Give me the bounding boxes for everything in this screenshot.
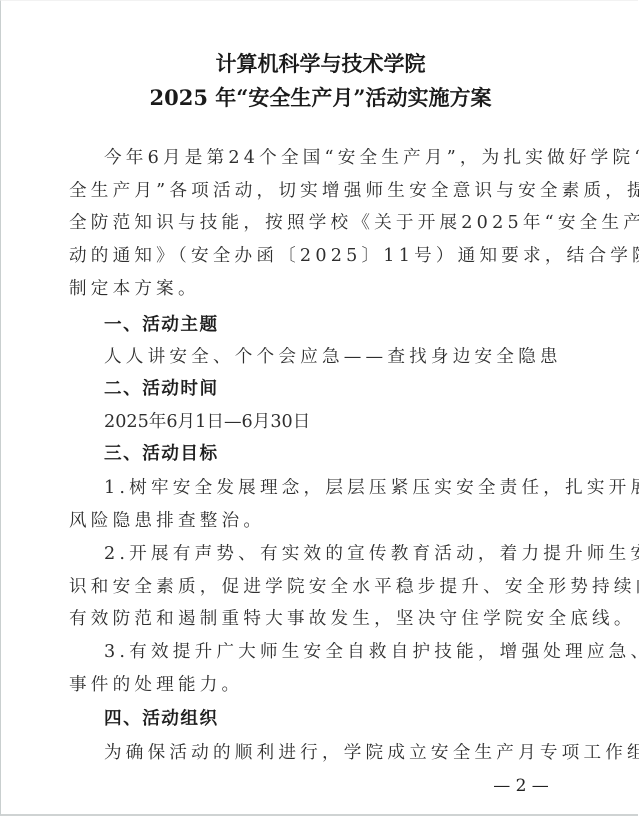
section-heading-time: 二、活动时间 [104, 377, 219, 401]
section-heading-theme: 一、活动主题 [104, 313, 219, 337]
section-organization-content: 为确保活动的顺利进行，学院成立安全生产月专项工作组：， [104, 741, 565, 765]
intro-line-5: 制定本方案。 [69, 277, 565, 301]
goal-2-line-2: 识和安全素质，促进学院安全水平稳步提升、安全形势持续向好， [69, 575, 565, 599]
goal-2-line-3: 有效防范和遏制重特大事故发生，坚决守住学院安全底线。 [69, 607, 565, 631]
intro-line-3: 全防范知识与技能，按照学校《关于开展2025年“安全生产月”活 [69, 211, 565, 235]
section-time-content: 2025年6月1日—6月30日 [104, 410, 565, 434]
intro-line-2: 全生产月”各项活动，切实增强师生安全意识与安全素质，提高安 [69, 179, 565, 203]
goal-3-line-1: 3.有效提升广大师生安全自救自护技能，增强处理应急、突发 [104, 640, 565, 664]
document-title-plan: 2025 年“安全生产月”活动实施方案 [1, 82, 639, 112]
goal-1-line-2: 风险隐患排查整治。 [69, 509, 565, 533]
page-number: — 2 — [491, 774, 551, 798]
section-heading-goals: 三、活动目标 [104, 442, 219, 466]
intro-line-1: 今年6月是第24个全国“安全生产月”，为扎实做好学院“安 [104, 146, 565, 170]
goal-2-line-1: 2.开展有声势、有实效的宣传教育活动，着力提升师生安全意 [104, 542, 565, 566]
goal-1-line-1: 1.树牢安全发展理念，层层压紧压实安全责任，扎实开展安全 [104, 476, 565, 500]
section-heading-organization: 四、活动组织 [104, 707, 219, 731]
document-page: 计算机科学与技术学院 2025 年“安全生产月”活动实施方案 今年6月是第24个… [0, 0, 638, 816]
goal-3-line-2: 事件的处理能力。 [69, 673, 565, 697]
section-theme-content: 人人讲安全、个个会应急——查找身边安全隐患 [104, 345, 565, 369]
intro-line-4: 动的通知》（安全办函〔2025〕11号）通知要求，结合学院实际， [69, 244, 565, 268]
document-title-institution: 计算机科学与技术学院 [1, 48, 639, 78]
